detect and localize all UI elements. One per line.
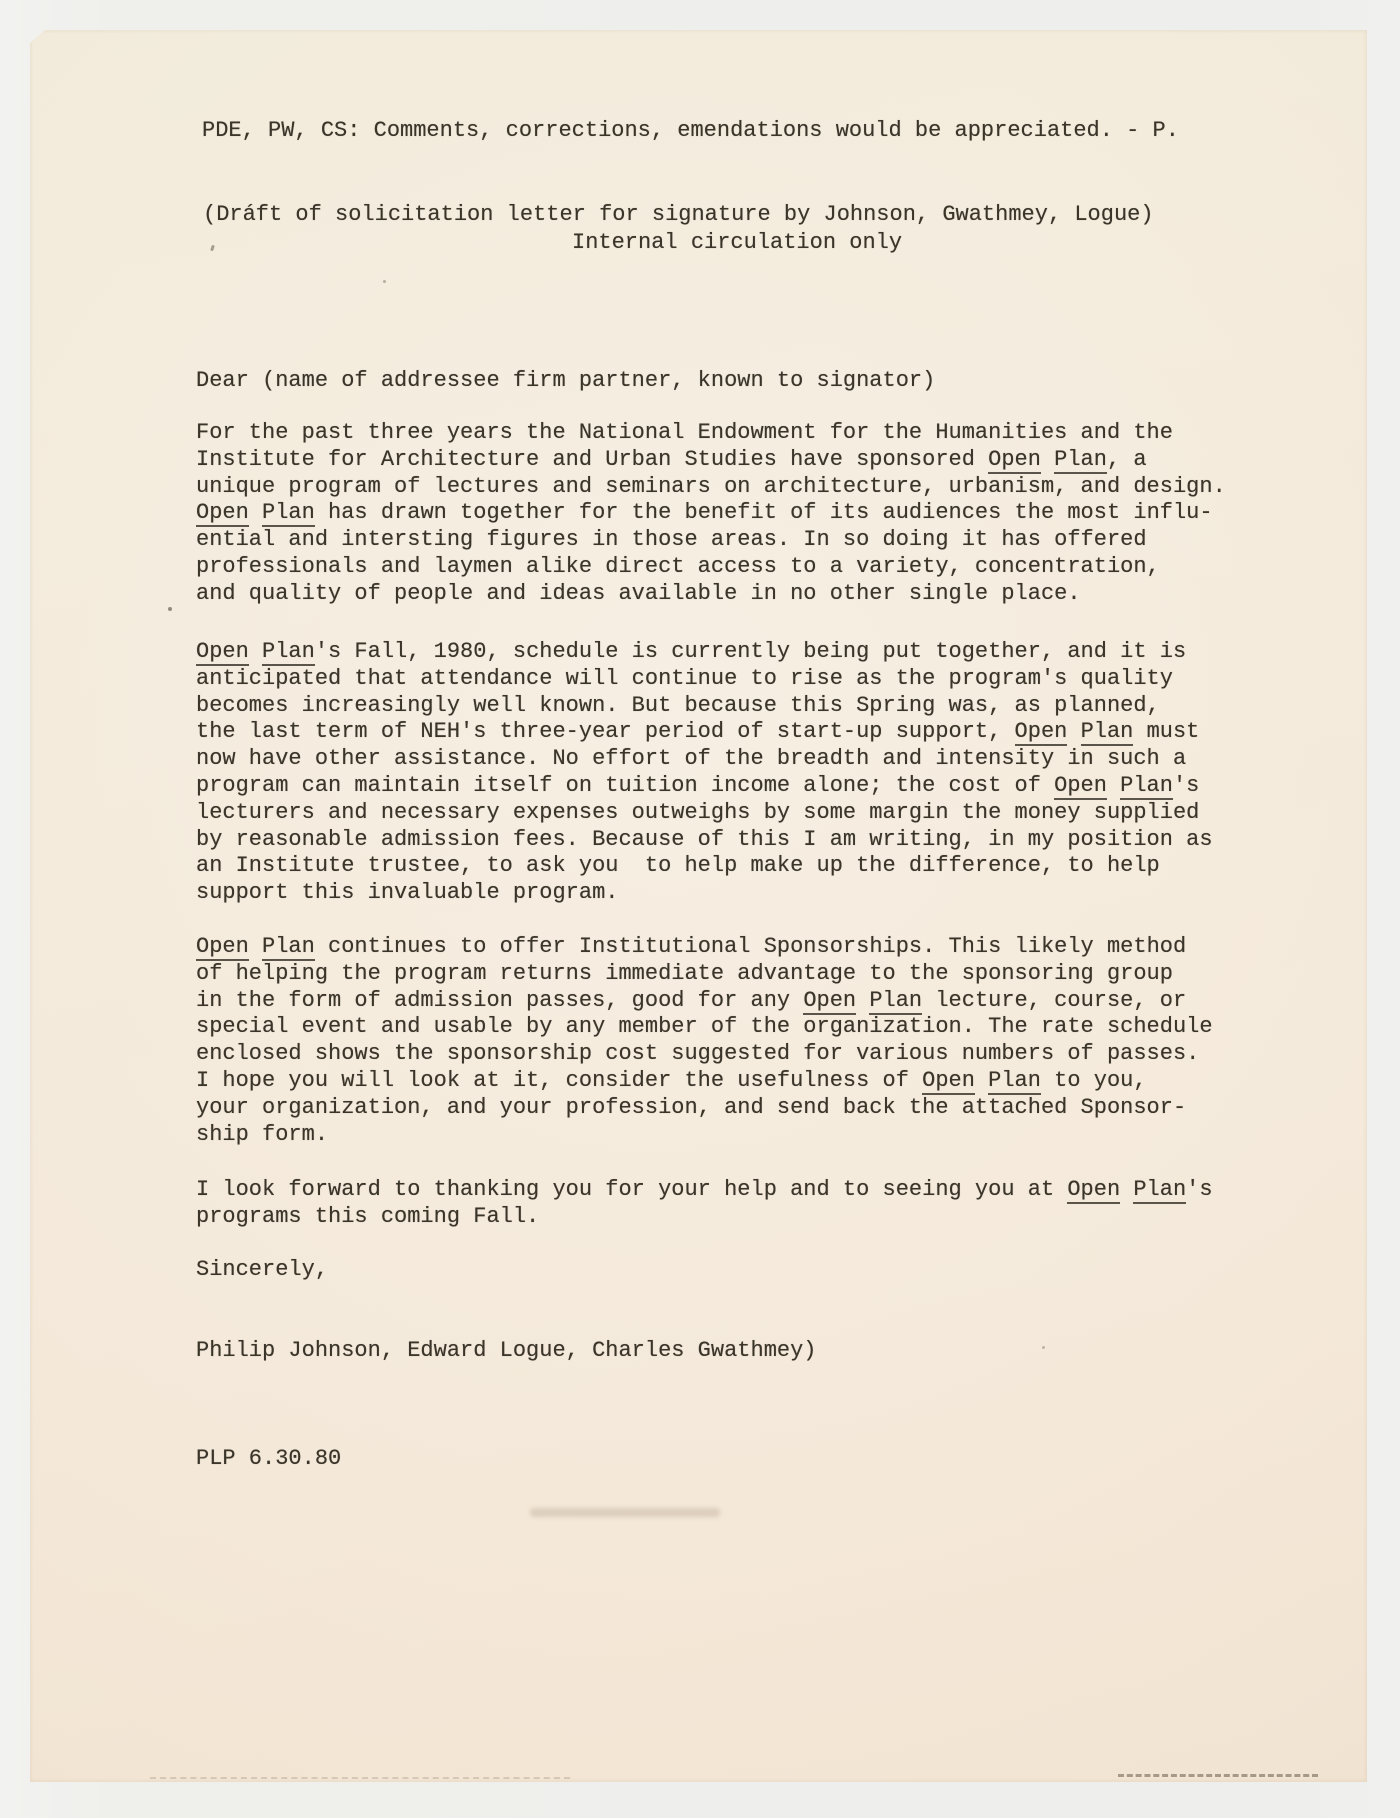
letter-line: anticipated that attendance will continu… [196,666,1213,693]
letter-line: Open Plan's Fall, 1980, schedule is curr… [196,639,1213,666]
letter-line: and quality of people and ideas availabl… [196,581,1226,608]
paper-speck [383,280,386,283]
letter-line: lecturers and necessary expenses outweig… [196,800,1213,827]
letter-line: special event and usable by any member o… [196,1014,1213,1041]
letter-line: For the past three years the National En… [196,420,1226,447]
letter-line: an Institute trustee, to ask you to help… [196,853,1213,880]
closing: Sincerely, [196,1257,328,1284]
paper-speck [1042,1346,1045,1349]
paragraph-4: I look forward to thanking you for your … [196,1177,1213,1231]
letter-line: support this invaluable program. [196,880,1213,907]
letter-line: in the form of admission passes, good fo… [196,988,1213,1015]
salutation: Dear (name of addressee firm partner, kn… [196,368,935,395]
draft-note-line2: Internal circulation only [572,230,902,257]
letter-line: ential and intersting figures in those a… [196,527,1226,554]
letter-line: by reasonable admission fees. Because of… [196,827,1213,854]
letter-line: Open Plan continues to offer Institution… [196,934,1213,961]
letter-page: PDE, PW, CS: Comments, corrections, emen… [30,30,1367,1782]
signature-line: Philip Johnson, Edward Logue, Charles Gw… [196,1338,817,1365]
reference-note: PLP 6.30.80 [196,1446,341,1473]
letter-line: becomes increasingly well known. But bec… [196,693,1213,720]
letter-line: your organization, and your profession, … [196,1095,1213,1122]
letter-line: I hope you will look at it, consider the… [196,1068,1213,1095]
letter-line: programs this coming Fall. [196,1204,1213,1231]
letter-line: now have other assistance. No effort of … [196,746,1213,773]
paragraph-3: Open Plan continues to offer Institution… [196,934,1213,1148]
letter-line: Open Plan has drawn together for the ben… [196,500,1226,527]
paper-smudge [530,1508,720,1517]
letter-line: unique program of lectures and seminars … [196,474,1226,501]
paragraph-1: For the past three years the National En… [196,420,1226,608]
letter-line: Institute for Architecture and Urban Stu… [196,447,1226,474]
letter-line: the last term of NEH's three-year period… [196,719,1213,746]
letter-line: ship form. [196,1122,1213,1149]
letter-line: of helping the program returns immediate… [196,961,1213,988]
letter-line: professionals and laymen alike direct ac… [196,554,1226,581]
paper-speck [210,245,215,252]
distribution-note: PDE, PW, CS: Comments, corrections, emen… [202,118,1179,145]
letter-line: program can maintain itself on tuition i… [196,773,1213,800]
draft-note-line1: (Dráft of solicitation letter for signat… [203,202,1154,229]
paper-speck [168,607,172,611]
paragraph-2: Open Plan's Fall, 1980, schedule is curr… [196,639,1213,907]
bottom-edge-marks [150,1777,570,1779]
letter-line: I look forward to thanking you for your … [196,1177,1213,1204]
letter-line: enclosed shows the sponsorship cost sugg… [196,1041,1213,1068]
bottom-edge-marks [1118,1774,1318,1777]
scan-background: PDE, PW, CS: Comments, corrections, emen… [0,0,1400,1818]
